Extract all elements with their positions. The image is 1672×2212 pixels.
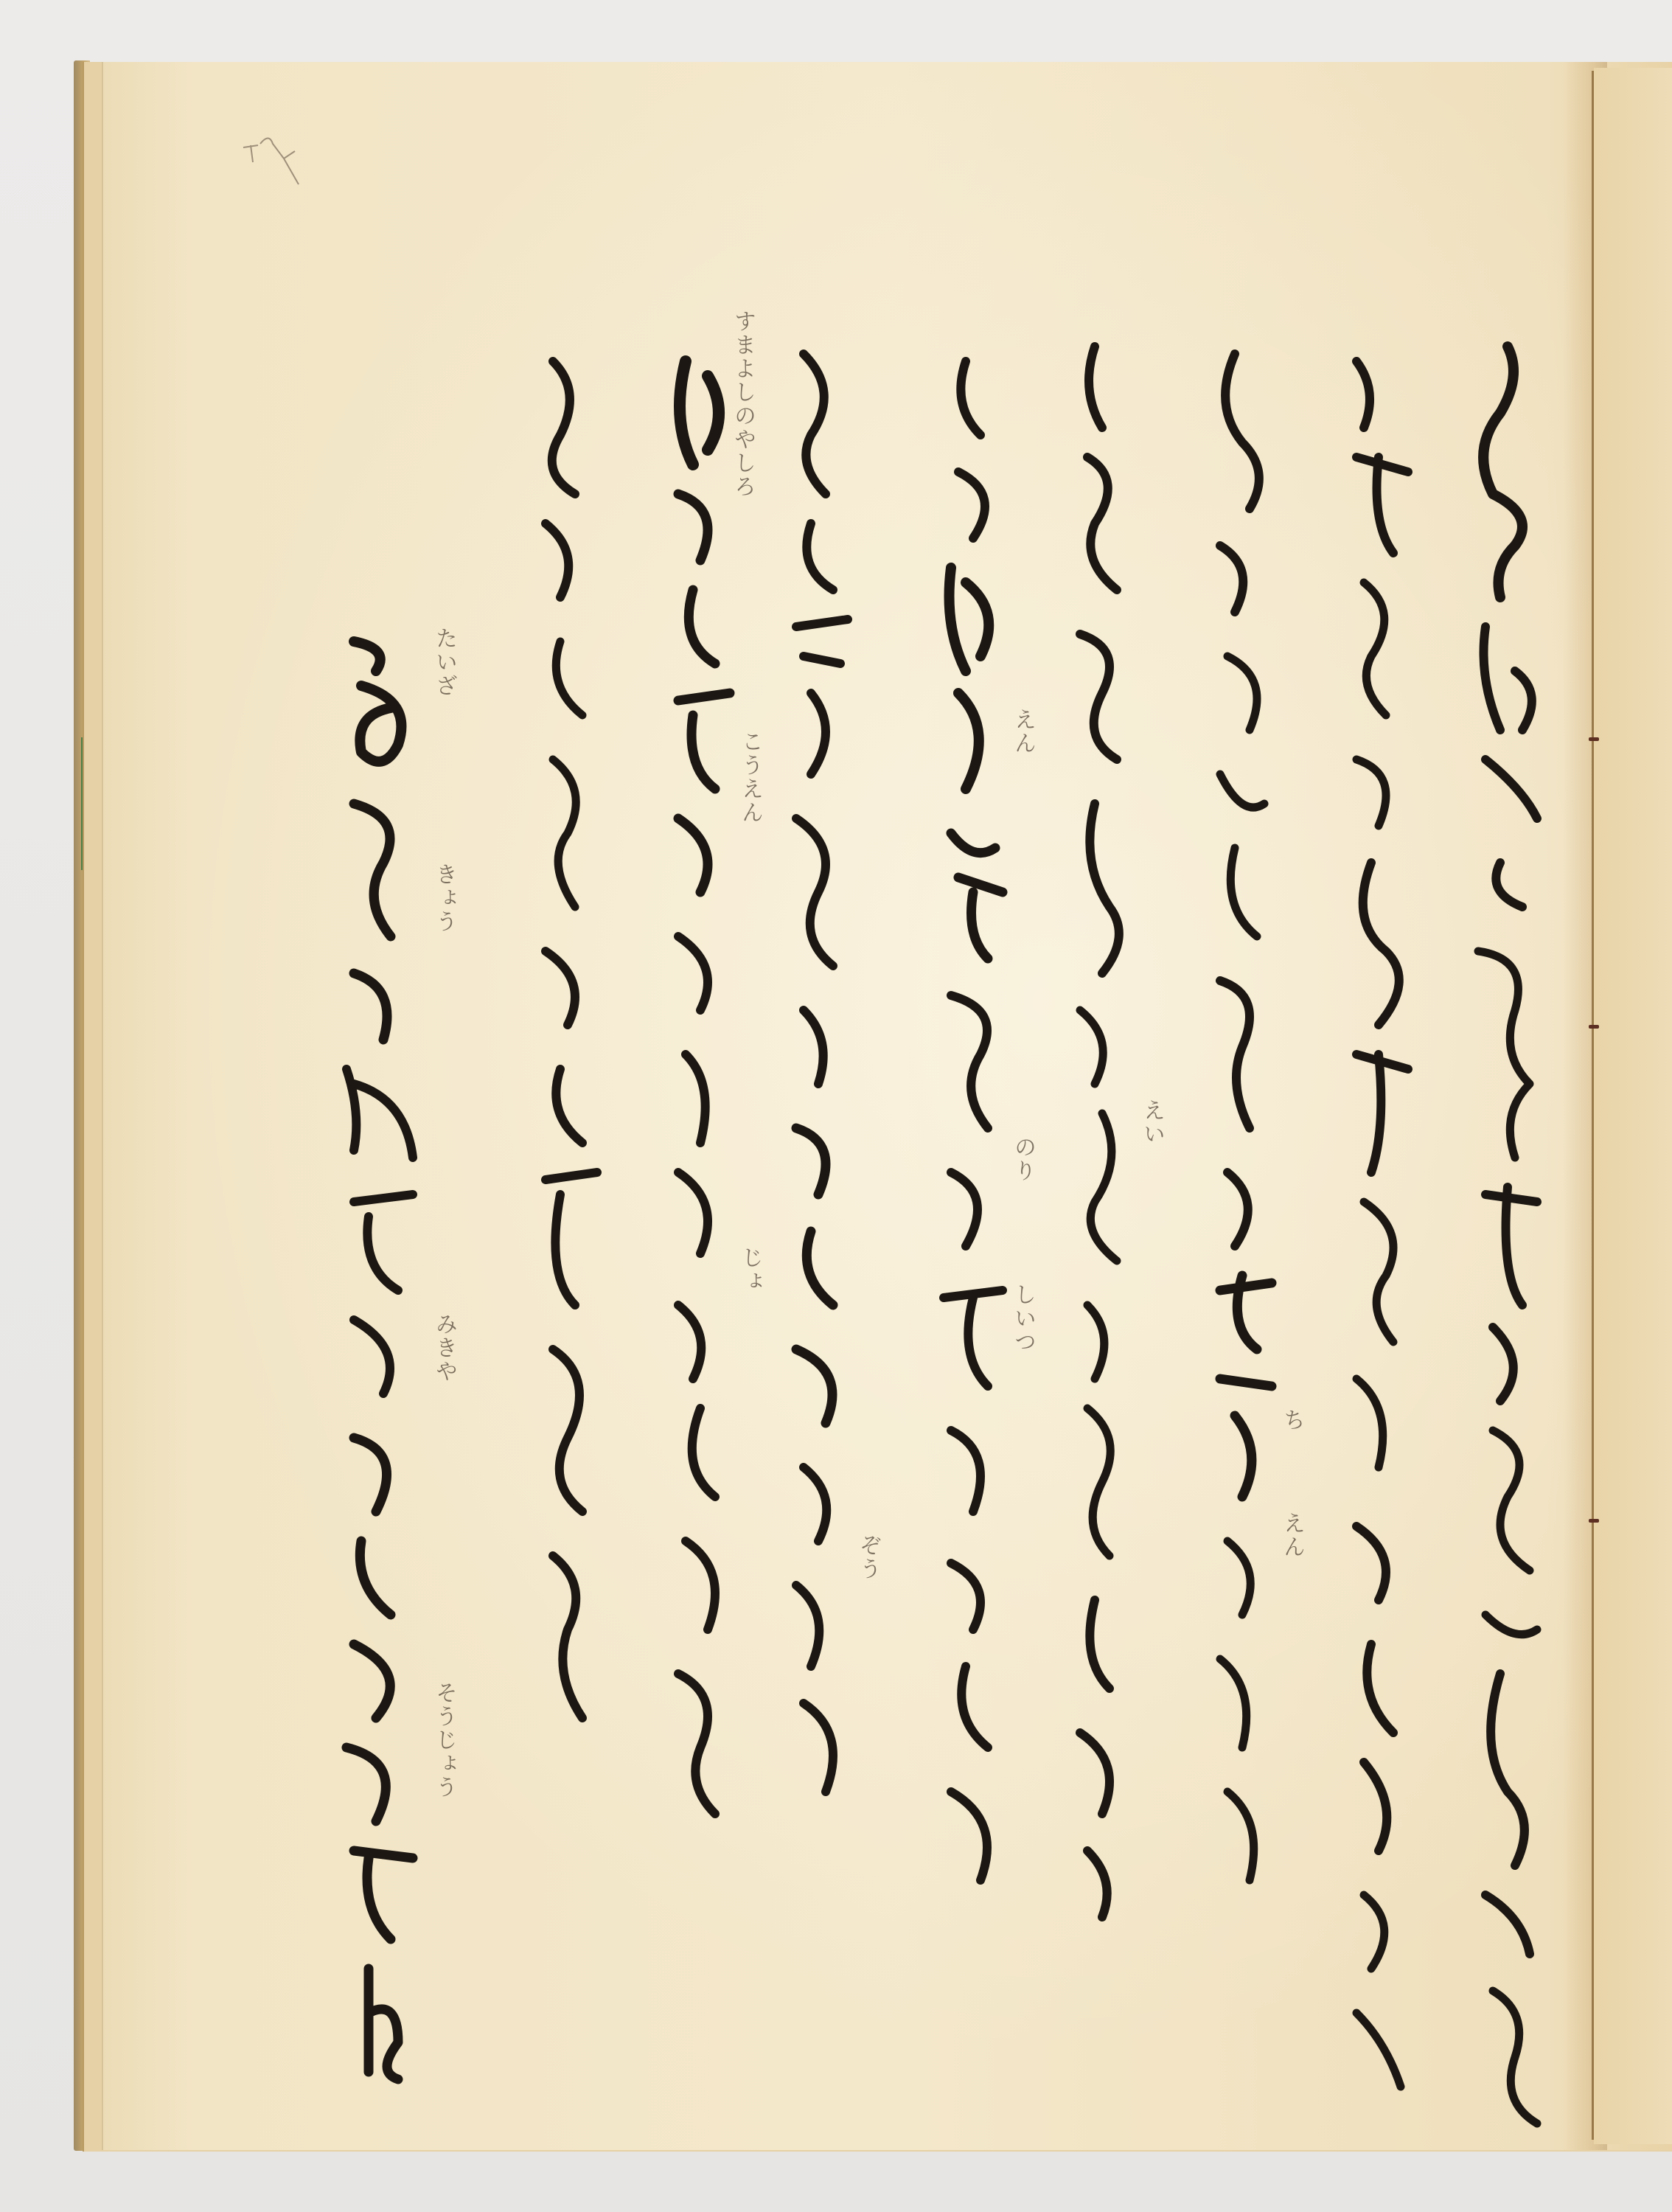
furigana-annotation: えい bbox=[1135, 1099, 1168, 1146]
furigana-annotation: のり bbox=[1006, 1135, 1039, 1183]
furigana-annotation: たいざ bbox=[428, 627, 460, 698]
cursive-ink-column bbox=[767, 347, 870, 1821]
pencil-mark-icon bbox=[240, 129, 328, 210]
text-column-7: すまよしのやしろ こうえん じょ bbox=[649, 347, 737, 1821]
furigana-annotation: すまよしのやしろ bbox=[726, 310, 759, 498]
furigana-annotation: ち bbox=[1275, 1408, 1308, 1432]
furigana-annotation: きょう bbox=[428, 863, 460, 933]
text-column-6: ぞう bbox=[767, 347, 855, 1821]
facing-page-edge bbox=[1594, 68, 1672, 2144]
text-column-9: たいざ きょう みきや そうじょう bbox=[324, 641, 413, 2087]
furigana-annotation: しいつ bbox=[1006, 1283, 1039, 1354]
furigana-annotation: ぞう bbox=[851, 1534, 884, 1581]
text-column-2 bbox=[1327, 347, 1415, 2138]
furigana-annotation: えん bbox=[1006, 708, 1039, 755]
furigana-annotation: みきや bbox=[428, 1312, 460, 1383]
cursive-ink-column bbox=[516, 347, 619, 1747]
photo-stage: Main text is written in cursive (kuzushi… bbox=[0, 0, 1672, 2212]
cursive-ink-column bbox=[324, 641, 442, 2087]
stitch-hole bbox=[1589, 1025, 1599, 1029]
text-column-1 bbox=[1456, 347, 1544, 2138]
stitch-hole bbox=[1589, 737, 1599, 741]
binding-fold-line bbox=[1592, 71, 1594, 2140]
furigana-annotation: そうじょう bbox=[428, 1681, 460, 1799]
cursive-ink-column bbox=[1191, 347, 1294, 1932]
text-column-5: えん のり しいつ bbox=[922, 347, 1010, 1932]
furigana-annotation: じょ bbox=[734, 1246, 766, 1293]
text-column-4: えい bbox=[1051, 347, 1139, 1932]
cursive-ink-column bbox=[1327, 347, 1430, 2138]
text-column-8 bbox=[516, 347, 605, 1747]
cursive-ink-column bbox=[649, 347, 752, 1821]
cursive-ink-column bbox=[1456, 347, 1559, 2138]
stitch-hole bbox=[1589, 1519, 1599, 1523]
text-column-3: ち えん bbox=[1191, 347, 1279, 1932]
furigana-annotation: こうえん bbox=[734, 730, 766, 824]
furigana-annotation: えん bbox=[1275, 1512, 1308, 1559]
